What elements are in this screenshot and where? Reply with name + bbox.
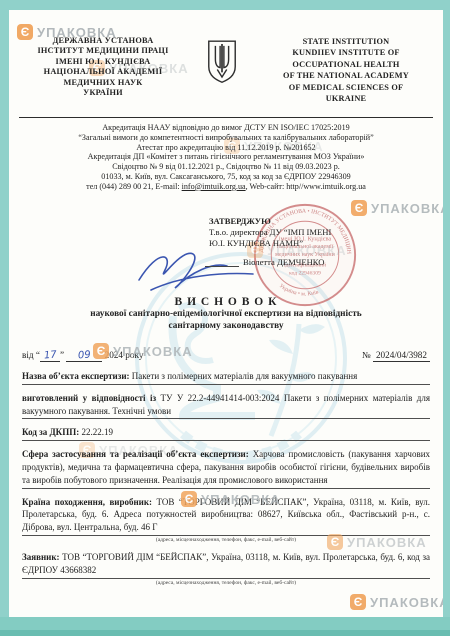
org-ua-line: МЕДИЧНИХ НАУК [23,78,183,88]
accreditation-line: 01033, м. Київ, вул. Саксаганського, 75,… [9,172,443,182]
field-label: Країна походження, виробник: [22,497,152,507]
trident-emblem-icon [200,36,244,104]
handwritten-day: 17 [43,349,57,361]
signature-scribble [129,240,269,298]
field-value: ТОВ “ТОРГОВИЙ ДІМ “БЕЙСПАК”, Україна, 03… [22,552,430,575]
org-en-line: STATE INSTITUTION [261,36,431,47]
meta-row: від “17” 09 2024 року № 2024/04/3982 [22,350,430,362]
org-name-ua: ДЕРЖАВНА УСТАНОВА ІНСТИТУТ МЕДИЦИНИ ПРАЦ… [23,36,183,104]
email-link: info@imtuik.org.ua [182,182,246,191]
field-label: виготовлений у відповідності із [22,393,156,403]
accreditation-line: “Загальні вимоги до компетентності випро… [9,133,443,143]
org-ua-line: НАЦІОНАЛЬНОЇ АКАДЕМІЇ [23,67,183,77]
field-origin-manufacturer: Країна походження, виробник: ТОВ “ТОРГОВ… [22,496,430,544]
field-label: Код за ДКПП: [22,427,79,437]
contact-prefix: тел (044) 289 00 21, E-mail: [86,182,181,191]
field-value: 22.22.19 [81,427,113,437]
org-en-line: OF THE NATIONAL ACADEMY [261,70,431,81]
field-caption: (адреса, місцезнаходження, телефон, факс… [22,537,430,544]
contact-line: тел (044) 289 00 21, E-mail: info@imtuik… [9,182,443,192]
upakovka-logo-icon: Є [350,594,366,610]
website-text: http//www.imtuik.org.ua [286,182,366,191]
expertise-fields: Назва об’єкта експертизи: Пакети з полім… [22,370,430,594]
org-ua-line: ДЕРЖАВНА УСТАНОВА [23,36,183,46]
org-en-line: UKRAINE [261,93,431,104]
accreditation-line: Акредитація ДП «Комітет з питань гігієні… [9,152,443,162]
org-name-en: STATE INSTITUTION KUNDIIEV INSTITUTE OF … [261,36,431,104]
number-label: № [362,350,371,360]
accreditation-line: Акредитація НААУ відповідно до вимог ДСТ… [9,123,443,133]
accreditation-line: Свідоцтво № 9 від 01.12.2021 р., Свідоцт… [9,162,443,172]
field-caption: (адреса, місцезнаходження, телефон, факс… [22,580,430,587]
stamp-center-text: код 22946309 [289,270,321,276]
upakovka-watermark-text: УПАКОВКА [371,201,443,216]
letterhead: ДЕРЖАВНА УСТАНОВА ІНСТИТУТ МЕДИЦИНИ ПРАЦ… [23,36,431,104]
field-label: Заявник: [22,552,60,562]
date-quote: ” [60,350,64,360]
approval-line: Т.в.о. директора ДУ “ІМП ІМЕНІ [209,227,379,238]
date-day-blank: 17 [40,350,60,362]
header-divider [19,117,433,118]
document-page: ДЕРЖАВНА УСТАНОВА ІНСТИТУТ МЕДИЦИНИ ПРАЦ… [9,10,443,617]
org-ua-line: ІМЕНІ Ю.І. КУНДІЄВА [23,57,183,67]
upakovka-watermark-text: УПАКОВКА [370,595,443,610]
org-ua-line: УКРАЇНИ [23,88,183,98]
org-en-line: OCCUPATIONAL HEALTH [261,59,431,70]
field-dkpp-code: Код за ДКПП: 22.22.19 [22,426,430,441]
signature-line [205,256,239,267]
signer-name: Віолетта ДЕМЧЕНКО [243,257,325,267]
field-object-name: Назва об’єкта експертизи: Пакети з полім… [22,370,430,385]
org-ua-line: ІНСТИТУТ МЕДИЦИНИ ПРАЦІ [23,46,183,56]
document-subtitle: наукової санітарно-епідеміологічної експ… [9,308,443,320]
org-en-line: KUNDIIEV INSTITUTE OF [261,47,431,58]
field-scope: Сфера застосування та реалізації об’єкта… [22,448,430,488]
number-value: 2024/04/3982 [373,350,430,362]
date-field: від “17” 09 2024 року [22,350,143,362]
document-subtitle: санітарному законодавству [9,320,443,332]
handwritten-month: 09 [77,349,91,361]
accreditation-block: Акредитація НААУ відповідно до вимог ДСТ… [9,123,443,192]
field-manufactured-according: виготовлений у відповідності із ТУ У 22.… [22,392,430,420]
field-label: Назва об’єкта експертизи: [22,371,130,381]
approval-heading: ЗАТВЕРДЖУЮ [209,216,379,227]
scanned-document: ДЕРЖАВНА УСТАНОВА ІНСТИТУТ МЕДИЦИНИ ПРАЦ… [0,0,450,636]
date-month-blank: 09 [66,350,102,362]
field-applicant: Заявник: ТОВ “ТОРГОВИЙ ДІМ “БЕЙСПАК”, Ук… [22,551,430,587]
upakovka-watermark: ЄУПАКОВКА [351,200,443,216]
photo-background-strip [0,617,450,636]
accreditation-line: Атестат про акредитацію від 11.12.2019 р… [9,143,443,153]
signature-row: Віолетта ДЕМЧЕНКО [205,256,325,267]
contact-mid: , Web-сайт: [246,182,287,191]
field-value: Пакети з полімерних матеріалів для вакуу… [132,371,358,381]
date-year: 2024 року [105,350,144,360]
field-label: Сфера застосування та реалізації об’єкта… [22,449,249,459]
date-prefix: від “ [22,350,40,360]
org-en-line: OF MEDICAL SCIENCES OF [261,82,431,93]
document-number: № 2024/04/3982 [362,350,430,362]
upakovka-watermark: ЄУПАКОВКА [350,594,443,610]
title-block: В И С Н О В О К наукової санітарно-епіде… [9,296,443,332]
